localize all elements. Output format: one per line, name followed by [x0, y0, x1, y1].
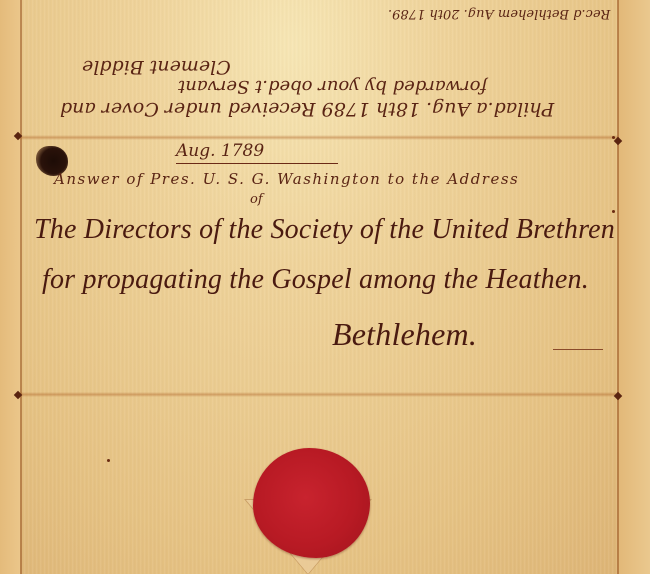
docket-date: Aug. 1789: [176, 141, 264, 161]
fold-line-left: [20, 0, 22, 574]
address-line-2: for propagating the Gospel among the Hea…: [42, 264, 589, 296]
paper-left-edge: [0, 0, 20, 574]
forwarding-line-2: forwarded by your obed.t Servant: [178, 76, 487, 97]
docket-of: of: [250, 192, 263, 207]
address-line-3: Bethlehem.: [332, 316, 477, 353]
flourish-rule: [553, 349, 603, 350]
wax-seal: [253, 448, 370, 558]
paper-right-edge: [618, 0, 650, 574]
paper-speck: [107, 459, 110, 462]
forwarding-line-1: Philad.a Aug. 18th 1789 Received under C…: [60, 98, 554, 120]
forwarding-signature: Clement Biddle: [82, 56, 231, 78]
docket-description: Answer of Pres. U. S. G. Washington to t…: [54, 170, 519, 188]
paper-speck: [612, 136, 615, 139]
docket-date-underline: [176, 163, 338, 164]
address-line-1: The Directors of the Society of the Unit…: [34, 214, 615, 246]
fold-line-top: [20, 135, 618, 140]
fold-line-right: [617, 0, 619, 574]
received-note: Rec.d Bethlehem Aug. 20th 1789.: [388, 6, 610, 21]
fold-line-bottom: [20, 392, 618, 397]
paper-speck: [612, 210, 615, 213]
